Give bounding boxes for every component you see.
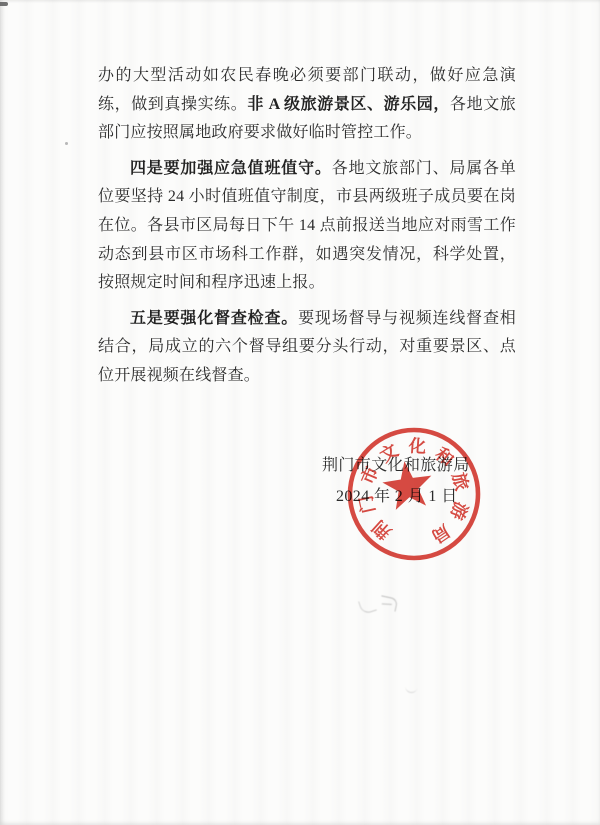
scan-edge-artifact [0,2,8,6]
smudge-mark [379,595,398,611]
seal-star-icon [380,458,435,511]
scanned-document-page: 办的大型活动如农民春晚必须要部门联动，做好应急演练，做到真操实练。非 A 级旅游… [0,0,600,825]
bold-text-segment: 四是要加强应急值班值守。 [130,160,332,177]
seal-ring-char: 游 [446,499,471,523]
bold-text-segment: 非 A 级旅游景区、游乐园， [247,96,450,113]
seal-ring-char: 化 [407,435,427,456]
seal-graphic: 荆门市文化和旅游局 [344,424,484,564]
seal-ring-char: 市 [357,463,382,487]
seal-ring-char: 文 [376,440,402,466]
official-red-seal: 荆门市文化和旅游局 [344,424,484,564]
text-segment: 各地文旅部门、局属各单位要坚持 24 小时值班值守制度，市县两级班子成员要在岗在… [98,160,516,291]
scan-dot-artifact [65,142,68,145]
smudge-mark [358,597,377,615]
body-paragraph: 五是要强化督查检查。要现场督导与视频连线督查相结合，局成立的六个督导组要分头行动… [98,305,516,391]
seal-ring-char: 和 [431,444,457,471]
smudge-mark [405,685,418,694]
document-body-text: 办的大型活动如农民春晚必须要部门联动，做好应急演练，做到真操实练。非 A 级旅游… [98,62,516,391]
body-paragraph: 办的大型活动如农民春晚必须要部门联动，做好应急演练，做到真操实练。非 A 级旅游… [98,62,516,148]
seal-ring-char: 荆 [369,516,395,543]
seal-ring-char: 旅 [448,471,472,494]
bold-text-segment: 五是要强化督查检查。 [130,310,298,327]
seal-ring-char: 门 [355,494,378,515]
seal-ring-char: 局 [428,521,454,547]
body-paragraph: 四是要加强应急值班值守。各地文旅部门、局属各单位要坚持 24 小时值班值守制度，… [98,155,516,298]
